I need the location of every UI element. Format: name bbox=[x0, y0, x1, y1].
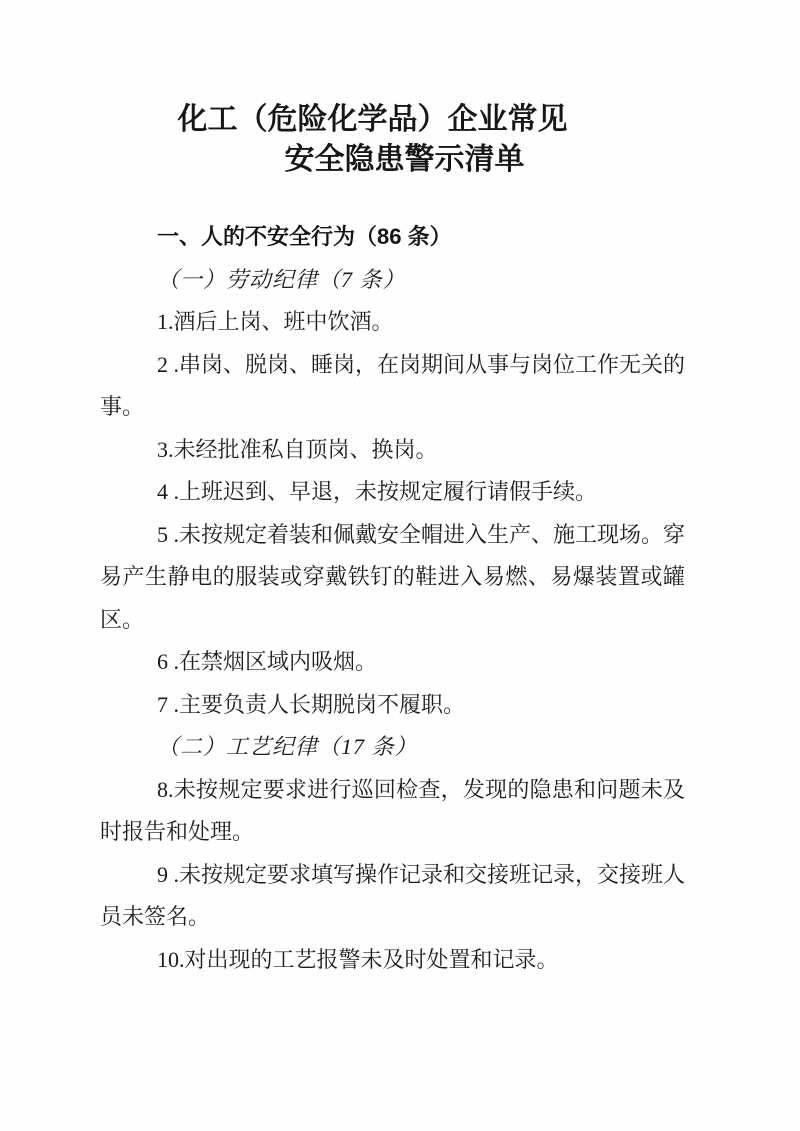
list-item-5: 5 .未按规定着装和佩戴安全帽进入生产、施工现场。穿易产生静电的服装或穿戴铁钉的… bbox=[100, 514, 685, 642]
document-title-line-2: 安全隐患警示清单 bbox=[112, 140, 697, 180]
list-item-8: 8.未按规定要求进行巡回检查，发现的隐患和问题未及时报告和处理。 bbox=[100, 769, 685, 854]
document-title: 化工（危险化学品）企业常见 安全隐患警示清单 bbox=[100, 100, 685, 180]
list-item-1: 1.酒后上岗、班中饮酒。 bbox=[100, 301, 685, 344]
document-page: 化工（危险化学品）企业常见 安全隐患警示清单 一、人的不安全行为（86 条） （… bbox=[0, 0, 800, 1131]
list-item-6: 6 .在禁烟区域内吸烟。 bbox=[100, 641, 685, 684]
list-item-2: 2 .串岗、脱岗、睡岗，在岗期间从事与岗位工作无关的事。 bbox=[100, 344, 685, 429]
list-item-3: 3.未经批准私自顶岗、换岗。 bbox=[100, 429, 685, 472]
list-item-7: 7 .主要负责人长期脱岗不履职。 bbox=[100, 684, 685, 727]
document-body: 一、人的不安全行为（86 条） （一）劳动纪律（7 条） 1.酒后上岗、班中饮酒… bbox=[100, 216, 685, 981]
section-heading-unsafe-behavior: 一、人的不安全行为（86 条） bbox=[100, 216, 685, 259]
list-item-9: 9 .未按规定要求填写操作记录和交接班记录，交接班人员未签名。 bbox=[100, 854, 685, 939]
list-item-10: 10.对出现的工艺报警未及时处置和记录。 bbox=[100, 939, 685, 982]
subsection-heading-labor-discipline: （一）劳动纪律（7 条） bbox=[100, 259, 685, 302]
list-item-4: 4 .上班迟到、早退，未按规定履行请假手续。 bbox=[100, 471, 685, 514]
subsection-heading-process-discipline: （二）工艺纪律（17 条） bbox=[100, 726, 685, 769]
page-content: 化工（危险化学品）企业常见 安全隐患警示清单 一、人的不安全行为（86 条） （… bbox=[100, 100, 685, 981]
document-title-line-1: 化工（危险化学品）企业常见 bbox=[80, 100, 665, 140]
